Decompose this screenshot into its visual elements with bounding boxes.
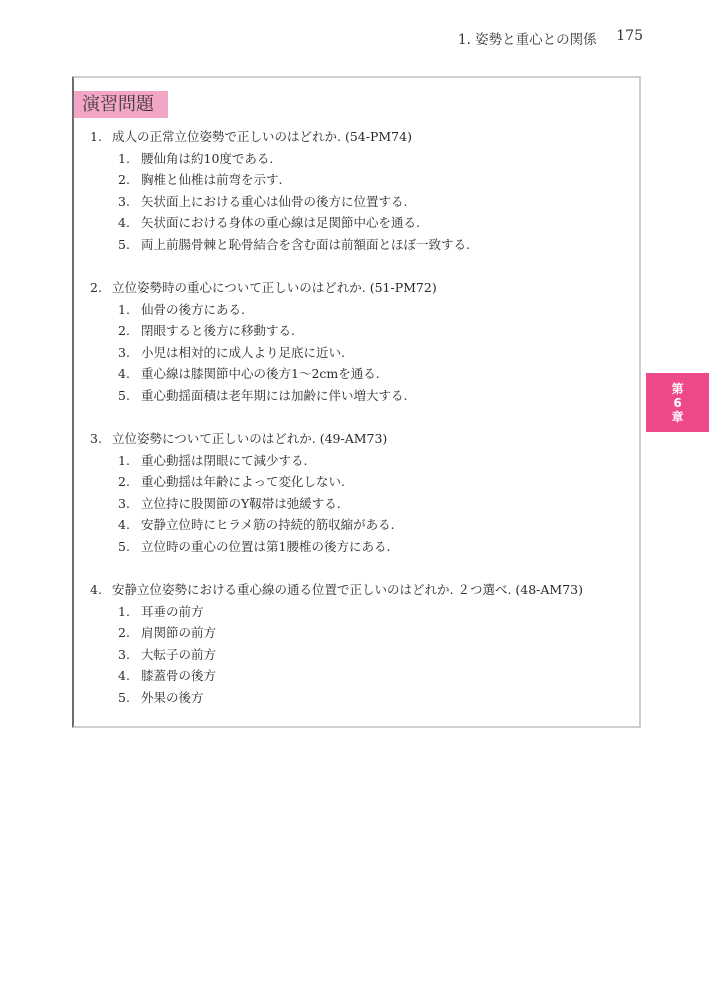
chapter-tab-number: 6 — [673, 396, 681, 410]
option-number: 3. — [118, 191, 141, 213]
question-text: 安静立位姿勢における重心線の通る位置で正しいのはどれか. ２つ選べ. (48-A… — [112, 582, 583, 597]
option-number: 5. — [118, 536, 141, 558]
chapter-tab-line1: 第 — [671, 382, 683, 396]
option-item: 3.矢状面上における重心は仙骨の後方に位置する. — [90, 191, 629, 213]
option-item: 1.重心動揺は閉眼にて減少する. — [90, 450, 629, 472]
option-item: 2.閉眼すると後方に移動する. — [90, 320, 629, 342]
question-2: 2.立位姿勢時の重心について正しいのはどれか. (51-PM72) 1.仙骨の後… — [90, 277, 629, 406]
question-number: 1. — [90, 126, 112, 148]
option-text: 重心動揺面積は老年期には加齢に伴い増大する. — [141, 388, 407, 403]
option-item: 5.重心動揺面積は老年期には加齢に伴い増大する. — [90, 385, 629, 407]
option-text: 閉眼すると後方に移動する. — [141, 323, 295, 338]
option-number: 1. — [118, 450, 141, 472]
exercise-heading: 演習問題 — [74, 91, 168, 118]
chapter-tab-line3: 章 — [671, 410, 683, 424]
option-text: 胸椎と仙椎は前弯を示す. — [141, 172, 282, 187]
question-title: 1.成人の正常立位姿勢で正しいのはどれか. (54-PM74) — [90, 126, 629, 148]
option-text: 立位時の重心の位置は第1腰椎の後方にある. — [141, 539, 390, 554]
option-list: 1.腰仙角は約10度である. 2.胸椎と仙椎は前弯を示す. 3.矢状面上における… — [90, 148, 629, 256]
option-text: 重心動揺は閉眼にて減少する. — [141, 453, 307, 468]
option-item: 1.仙骨の後方にある. — [90, 299, 629, 321]
option-number: 2. — [118, 622, 141, 644]
option-number: 3. — [118, 493, 141, 515]
option-number: 4. — [118, 514, 141, 536]
question-list: 1.成人の正常立位姿勢で正しいのはどれか. (54-PM74) 1.腰仙角は約1… — [90, 126, 629, 730]
exercise-box: 演習問題 1.成人の正常立位姿勢で正しいのはどれか. (54-PM74) 1.腰… — [72, 76, 641, 728]
option-item: 4.矢状面における身体の重心線は足関節中心を通る. — [90, 212, 629, 234]
option-number: 4. — [118, 665, 141, 687]
option-list: 1.耳垂の前方 2.肩関節の前方 3.大転子の前方 4.膝蓋骨の後方 5.外果の… — [90, 601, 629, 709]
option-item: 2.肩関節の前方 — [90, 622, 629, 644]
option-item: 2.重心動揺は年齢によって変化しない. — [90, 471, 629, 493]
question-title: 3.立位姿勢について正しいのはどれか. (49-AM73) — [90, 428, 629, 450]
question-4: 4.安静立位姿勢における重心線の通る位置で正しいのはどれか. ２つ選べ. (48… — [90, 579, 629, 708]
question-text: 立位姿勢について正しいのはどれか. (49-AM73) — [112, 431, 387, 446]
option-text: 腰仙角は約10度である. — [141, 151, 273, 166]
question-title: 2.立位姿勢時の重心について正しいのはどれか. (51-PM72) — [90, 277, 629, 299]
option-text: 外果の後方 — [141, 690, 204, 705]
page-number: 175 — [616, 28, 643, 44]
question-3: 3.立位姿勢について正しいのはどれか. (49-AM73) 1.重心動揺は閉眼に… — [90, 428, 629, 557]
option-item: 4.膝蓋骨の後方 — [90, 665, 629, 687]
option-number: 2. — [118, 169, 141, 191]
option-item: 1.腰仙角は約10度である. — [90, 148, 629, 170]
option-number: 5. — [118, 385, 141, 407]
option-text: 小児は相対的に成人より足底に近い. — [141, 345, 345, 360]
question-text: 立位姿勢時の重心について正しいのはどれか. (51-PM72) — [112, 280, 437, 295]
option-number: 4. — [118, 363, 141, 385]
option-list: 1.仙骨の後方にある. 2.閉眼すると後方に移動する. 3.小児は相対的に成人よ… — [90, 299, 629, 407]
chapter-tab: 第 6 章 — [646, 373, 709, 432]
option-text: 重心動揺は年齢によって変化しない. — [141, 474, 345, 489]
question-1: 1.成人の正常立位姿勢で正しいのはどれか. (54-PM74) 1.腰仙角は約1… — [90, 126, 629, 255]
option-item: 1.耳垂の前方 — [90, 601, 629, 623]
option-text: 矢状面における身体の重心線は足関節中心を通る. — [141, 215, 420, 230]
option-text: 仙骨の後方にある. — [141, 302, 245, 317]
option-item: 4.安静立位時にヒラメ筋の持続的筋収縮がある. — [90, 514, 629, 536]
option-text: 両上前腸骨棘と恥骨結合を含む面は前額面とほぼ一致する. — [141, 237, 470, 252]
option-list: 1.重心動揺は閉眼にて減少する. 2.重心動揺は年齢によって変化しない. 3.立… — [90, 450, 629, 558]
option-number: 2. — [118, 320, 141, 342]
option-number: 5. — [118, 687, 141, 709]
option-item: 2.胸椎と仙椎は前弯を示す. — [90, 169, 629, 191]
option-text: 立位持に股関節のY靱帯は弛緩する. — [141, 496, 341, 511]
option-item: 4.重心線は膝関節中心の後方1～2cmを通る. — [90, 363, 629, 385]
option-item: 5.立位時の重心の位置は第1腰椎の後方にある. — [90, 536, 629, 558]
option-number: 4. — [118, 212, 141, 234]
option-text: 矢状面上における重心は仙骨の後方に位置する. — [141, 194, 407, 209]
option-number: 3. — [118, 342, 141, 364]
question-number: 3. — [90, 428, 112, 450]
option-item: 3.大転子の前方 — [90, 644, 629, 666]
option-text: 重心線は膝関節中心の後方1～2cmを通る. — [141, 366, 380, 381]
option-item: 5.外果の後方 — [90, 687, 629, 709]
option-number: 3. — [118, 644, 141, 666]
option-text: 肩関節の前方 — [141, 625, 216, 640]
option-text: 膝蓋骨の後方 — [141, 668, 216, 683]
option-item: 3.立位持に股関節のY靱帯は弛緩する. — [90, 493, 629, 515]
option-number: 1. — [118, 601, 141, 623]
question-number: 4. — [90, 579, 112, 601]
option-number: 1. — [118, 299, 141, 321]
option-item: 5.両上前腸骨棘と恥骨結合を含む面は前額面とほぼ一致する. — [90, 234, 629, 256]
option-number: 2. — [118, 471, 141, 493]
option-text: 大転子の前方 — [141, 647, 216, 662]
option-text: 耳垂の前方 — [141, 604, 204, 619]
question-title: 4.安静立位姿勢における重心線の通る位置で正しいのはどれか. ２つ選べ. (48… — [90, 579, 629, 601]
option-item: 3.小児は相対的に成人より足底に近い. — [90, 342, 629, 364]
question-text: 成人の正常立位姿勢で正しいのはどれか. (54-PM74) — [112, 129, 412, 144]
option-number: 1. — [118, 148, 141, 170]
option-text: 安静立位時にヒラメ筋の持続的筋収縮がある. — [141, 517, 395, 532]
section-title: 1. 姿勢と重心との関係 — [458, 28, 597, 48]
option-number: 5. — [118, 234, 141, 256]
question-number: 2. — [90, 277, 112, 299]
